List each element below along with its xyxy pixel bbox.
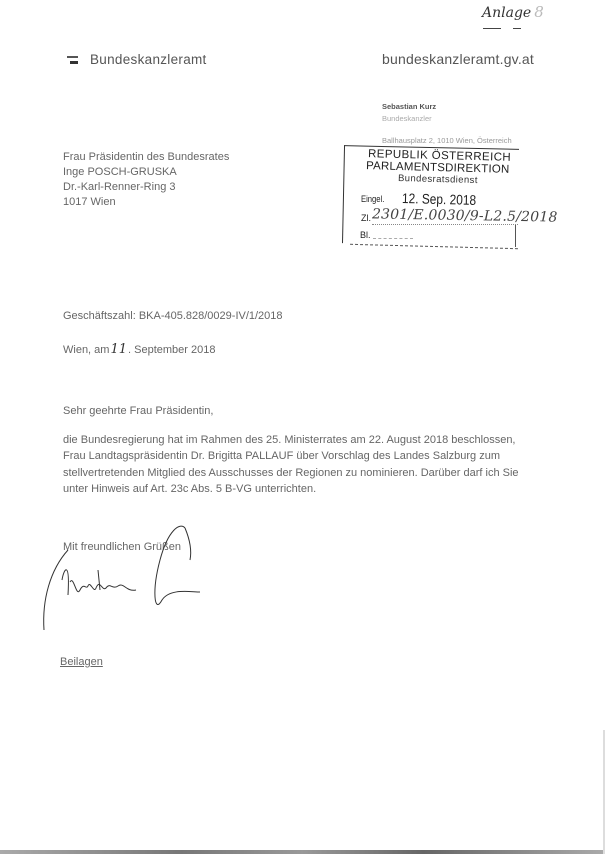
stamp-border bbox=[515, 225, 516, 247]
sender-title: Bundeskanzler bbox=[382, 114, 432, 123]
attachments-label: Beilagen bbox=[60, 656, 103, 668]
recipient-line: Dr.-Karl-Renner-Ring 3 bbox=[63, 180, 229, 195]
reference-number: Geschäftszahl: BKA-405.828/0029-IV/1/201… bbox=[63, 310, 283, 322]
recipient-line: Inge POSCH-GRUSKA bbox=[63, 165, 229, 180]
stamp-service: Bundesratsdienst bbox=[398, 173, 478, 186]
logo-text: Bundeskanzleramt bbox=[90, 52, 207, 67]
annex-underline bbox=[483, 28, 501, 29]
stamp-dotted-line bbox=[373, 238, 413, 239]
stamp-dotted-line bbox=[372, 224, 518, 225]
letterhead-logo: Bundeskanzleramt bbox=[67, 52, 207, 67]
website-url: bundeskanzleramt.gv.at bbox=[382, 51, 534, 67]
stamp-received-date: 12. Sep. 2018 bbox=[402, 190, 477, 208]
date-line: Wien, am 11 . September 2018 bbox=[63, 342, 215, 357]
body-line: unter Hinweis auf Art. 23c Abs. 5 B-VG u… bbox=[63, 481, 583, 497]
stamp-reference-value: 2301/E.0030/9-L2.5/2018 bbox=[372, 206, 558, 225]
body-line: Frau Landtagspräsidentin Dr. Brigitta PA… bbox=[63, 448, 583, 464]
handwritten-signature bbox=[40, 520, 220, 640]
recipient-line: 1017 Wien bbox=[63, 195, 229, 210]
recipient-address: Frau Präsidentin des Bundesrates Inge PO… bbox=[63, 150, 229, 210]
annex-underline bbox=[513, 28, 521, 29]
annex-note: Anlage8 bbox=[482, 3, 544, 21]
scan-edge bbox=[0, 850, 605, 854]
sender-name: Sebastian Kurz bbox=[382, 102, 436, 111]
sender-address: Ballhausplatz 2, 1010 Wien, Österreich bbox=[382, 136, 512, 145]
annex-label: Anlage bbox=[482, 5, 531, 21]
stamp-received-label: Eingel. bbox=[361, 194, 384, 204]
date-suffix: . September 2018 bbox=[128, 344, 215, 356]
body-line: die Bundesregierung hat im Rahmen des 25… bbox=[63, 432, 583, 448]
stamp-sheets-label: Bl. bbox=[360, 230, 371, 240]
salutation: Sehr geehrte Frau Präsidentin, bbox=[63, 405, 213, 417]
annex-number: 8 bbox=[534, 3, 544, 21]
date-day-handwritten: 11 bbox=[110, 342, 127, 357]
stamp-reference-label: Zl. bbox=[361, 213, 371, 223]
recipient-line: Frau Präsidentin des Bundesrates bbox=[63, 150, 229, 165]
austrian-flag-logo-icon bbox=[67, 55, 78, 64]
body-line: stellvertretenden Mitglied des Ausschuss… bbox=[63, 465, 583, 481]
date-prefix: Wien, am bbox=[63, 344, 109, 356]
letter-body: die Bundesregierung hat im Rahmen des 25… bbox=[63, 432, 583, 497]
